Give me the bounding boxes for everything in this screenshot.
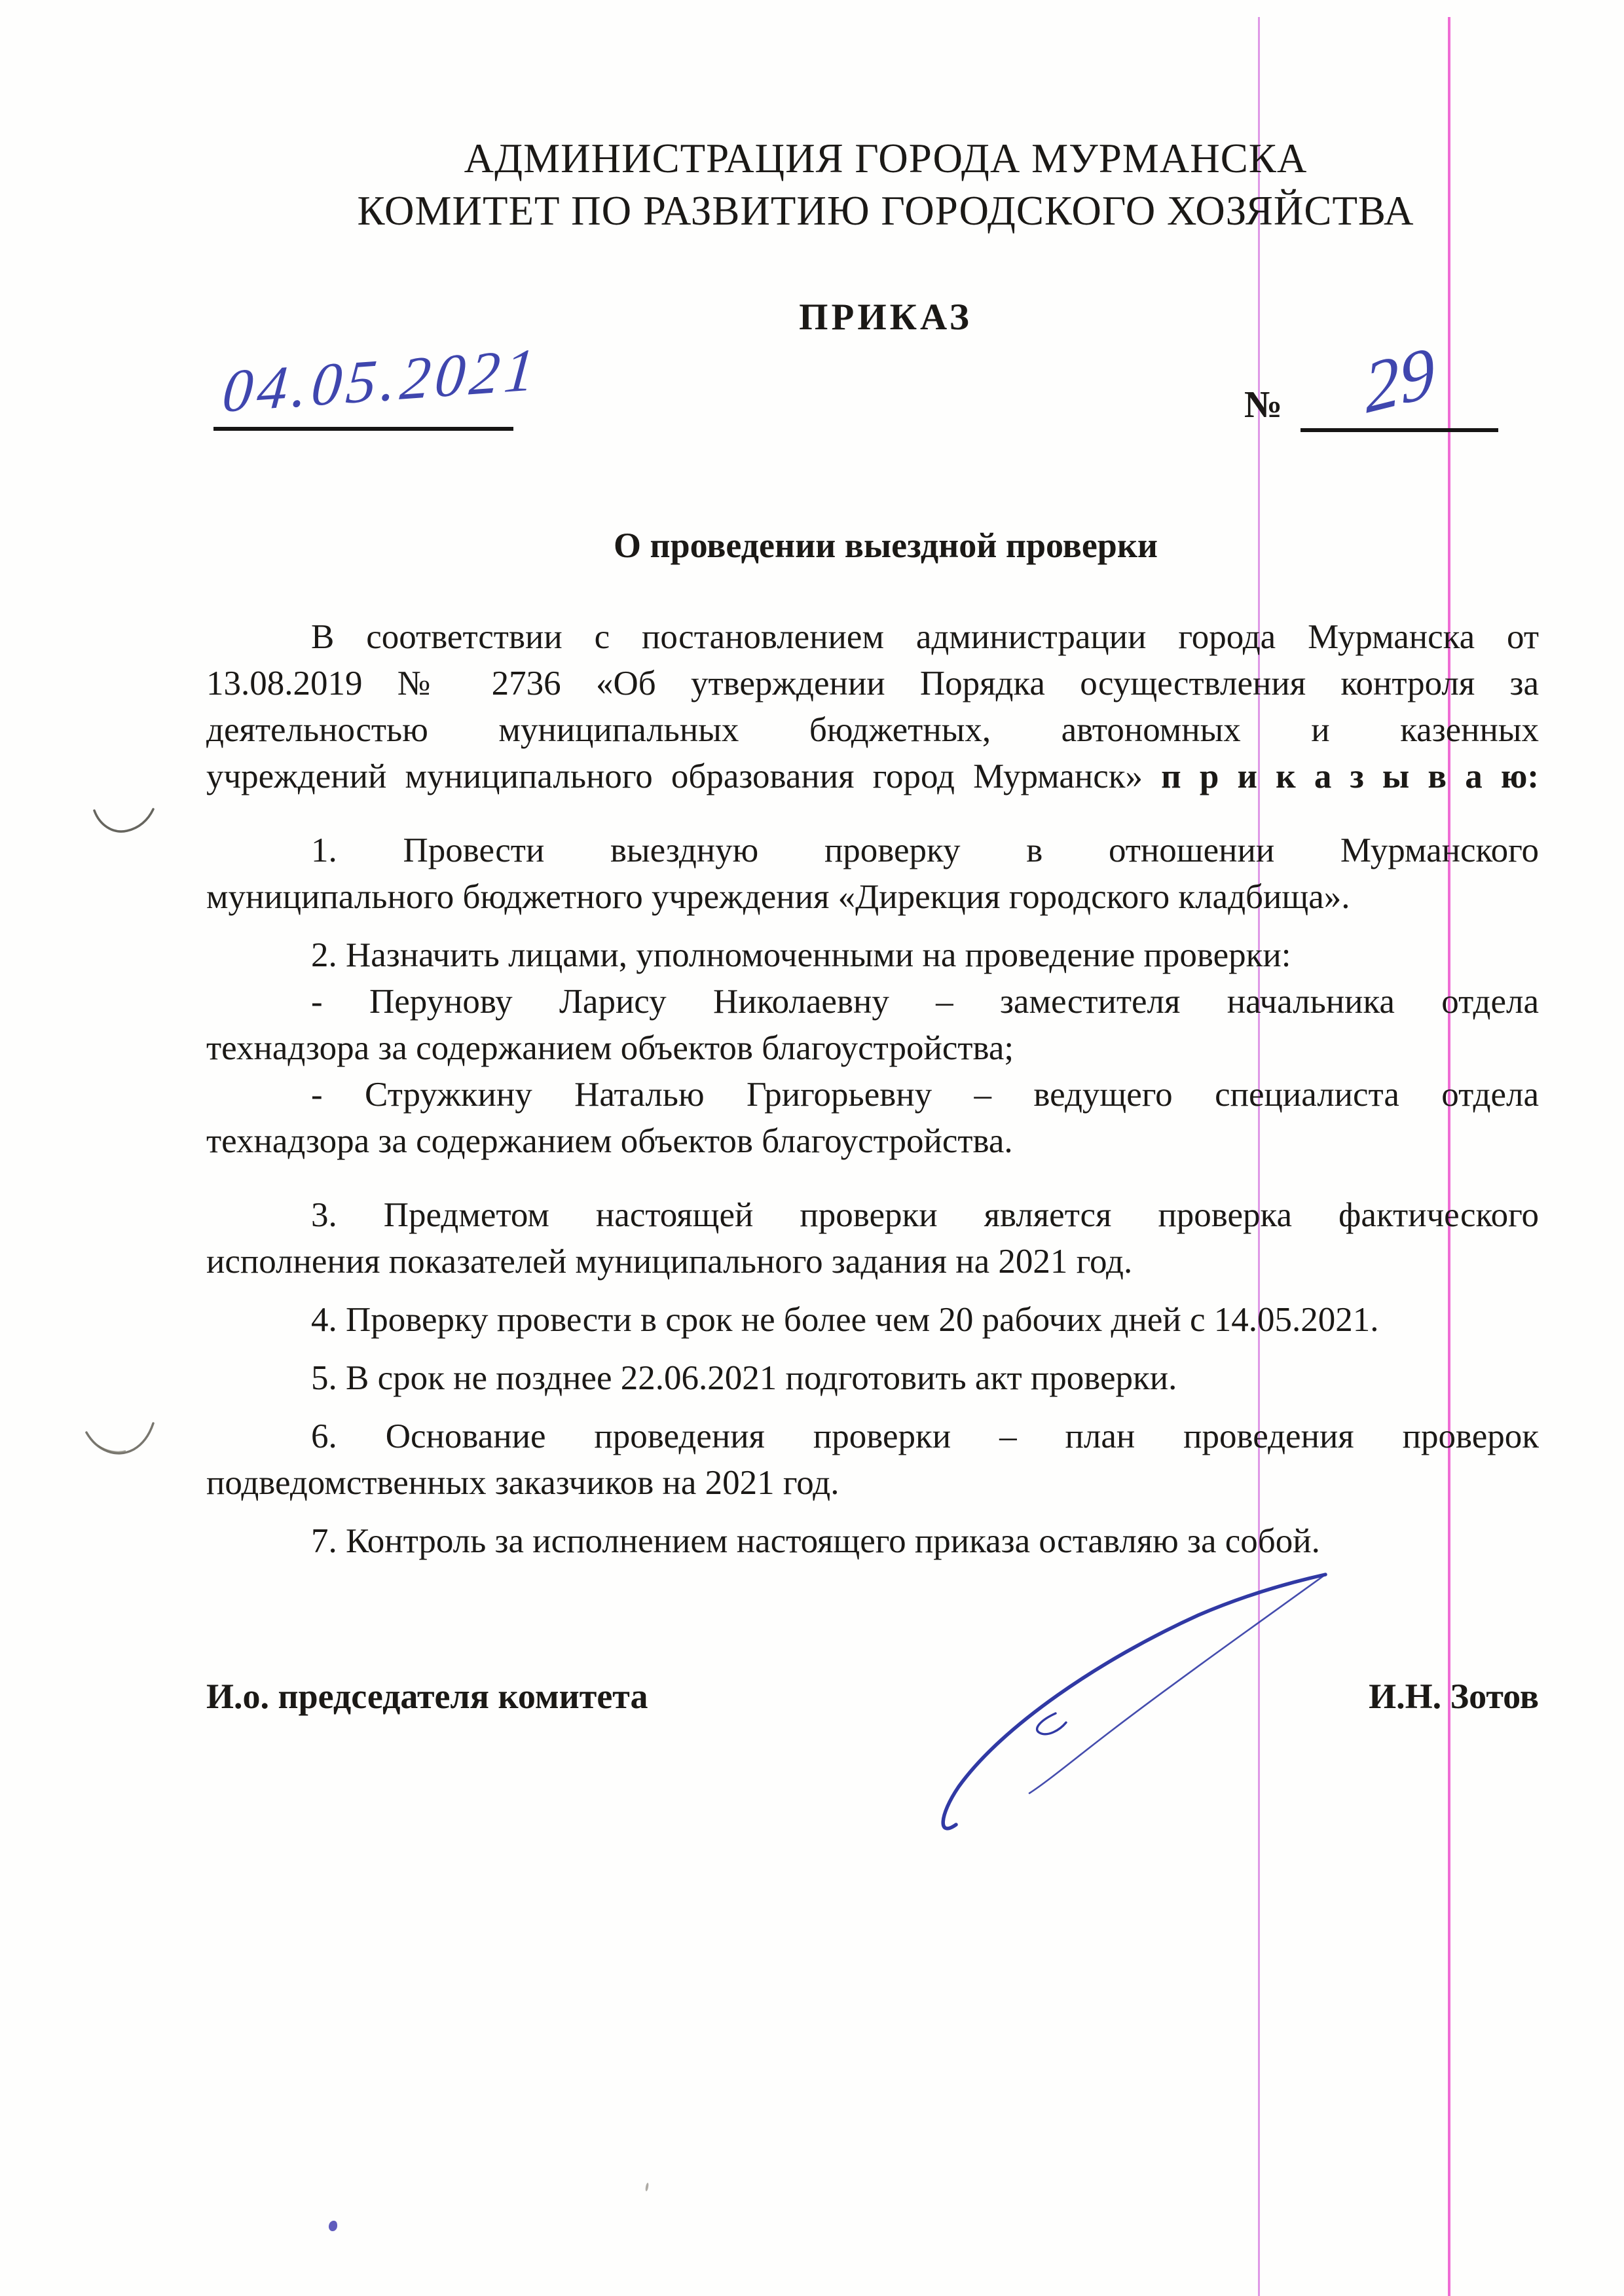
scanned-order-page: { "header": { "line1": "АДМИНИСТРАЦИЯ ГО… xyxy=(0,0,1624,2296)
inspector1-line: - Перунову Ларису Николаевну – заместите… xyxy=(206,979,1539,1025)
org-header: АДМИНИСТРАЦИЯ ГОРОДА МУРМАНСКА КОМИТЕТ П… xyxy=(219,132,1552,237)
item2-line: 2. Назначить лицами, уполномоченными на … xyxy=(206,932,1539,979)
preamble-paragraph: В соответствии с постановлением админист… xyxy=(206,614,1539,800)
order-body: В соответствии с постановлением админист… xyxy=(206,614,1539,1565)
inspector-1-paragraph: - Перунову Ларису Николаевну – заместите… xyxy=(206,979,1539,1072)
order-item-4: 4. Проверку провести в срок не более чем… xyxy=(206,1297,1539,1343)
preamble-line-tail: учреждений муниципального образования го… xyxy=(206,757,1143,795)
handwritten-signature xyxy=(910,1542,1369,1843)
handwritten-date: 04.05.2021 xyxy=(220,336,542,424)
doc-type-heading: ПРИКАЗ xyxy=(219,296,1552,338)
item6-line: подведомственных заказчиков на 2021 год. xyxy=(206,1460,1539,1506)
item3-line: исполнения показателей муниципального за… xyxy=(206,1239,1539,1285)
inspector2-line: - Стружкину Наталью Григорьевну – ведуще… xyxy=(206,1072,1539,1118)
preamble-line: В соответствии с постановлением админист… xyxy=(206,614,1539,661)
item1-line: муниципального бюджетного учреждения «Ди… xyxy=(206,874,1539,920)
margin-pen-mark-lower xyxy=(80,1415,158,1468)
inspector1-line: технадзора за содержанием объектов благо… xyxy=(206,1025,1539,1072)
item4-line: 4. Проверку провести в срок не более чем… xyxy=(206,1297,1539,1343)
order-verb-bold: п р и к а з ы в а ю: xyxy=(1161,757,1539,795)
order-item-6: 6. Основание проведения проверки – план … xyxy=(206,1413,1539,1506)
item5-line: 5. В срок не позднее 22.06.2021 подготов… xyxy=(206,1355,1539,1402)
margin-pen-mark-upper xyxy=(89,800,161,846)
inspector2-line: технадзора за содержанием объектов благо… xyxy=(206,1118,1539,1165)
org-name-line2: КОМИТЕТ ПО РАЗВИТИЮ ГОРОДСКОГО ХОЗЯЙСТВА xyxy=(219,185,1552,237)
preamble-line: 13.08.2019 № 2736 «Об утверждении Порядк… xyxy=(206,661,1539,707)
order-item-5: 5. В срок не позднее 22.06.2021 подготов… xyxy=(206,1355,1539,1402)
signer-name: И.Н. Зотов xyxy=(1369,1676,1539,1717)
order-item-1: 1. Провести выездную проверку в отношени… xyxy=(206,828,1539,920)
ink-speck xyxy=(329,2221,337,2231)
preamble-line: деятельностью муниципальных бюджетных, а… xyxy=(206,707,1539,754)
inspector-2-paragraph: - Стружкину Наталью Григорьевну – ведуще… xyxy=(206,1072,1539,1165)
date-underline xyxy=(213,427,513,431)
order-item-3: 3. Предметом настоящей проверки является… xyxy=(206,1192,1539,1285)
item1-line: 1. Провести выездную проверку в отношени… xyxy=(206,828,1539,874)
number-sign-label: № xyxy=(1244,382,1282,426)
signer-position: И.о. председателя комитета xyxy=(206,1676,648,1717)
order-item-2: 2. Назначить лицами, уполномоченными на … xyxy=(206,932,1539,979)
handwritten-number: 29 xyxy=(1362,333,1437,427)
preamble-line: учреждений муниципального образования го… xyxy=(206,754,1539,800)
org-name-line1: АДМИНИСТРАЦИЯ ГОРОДА МУРМАНСКА xyxy=(219,132,1552,185)
scan-speck xyxy=(645,2183,649,2191)
doc-title: О проведении выездной проверки xyxy=(219,525,1552,566)
item6-line: 6. Основание проведения проверки – план … xyxy=(206,1413,1539,1460)
item3-line: 3. Предметом настоящей проверки является… xyxy=(206,1192,1539,1239)
number-underline xyxy=(1301,428,1498,432)
